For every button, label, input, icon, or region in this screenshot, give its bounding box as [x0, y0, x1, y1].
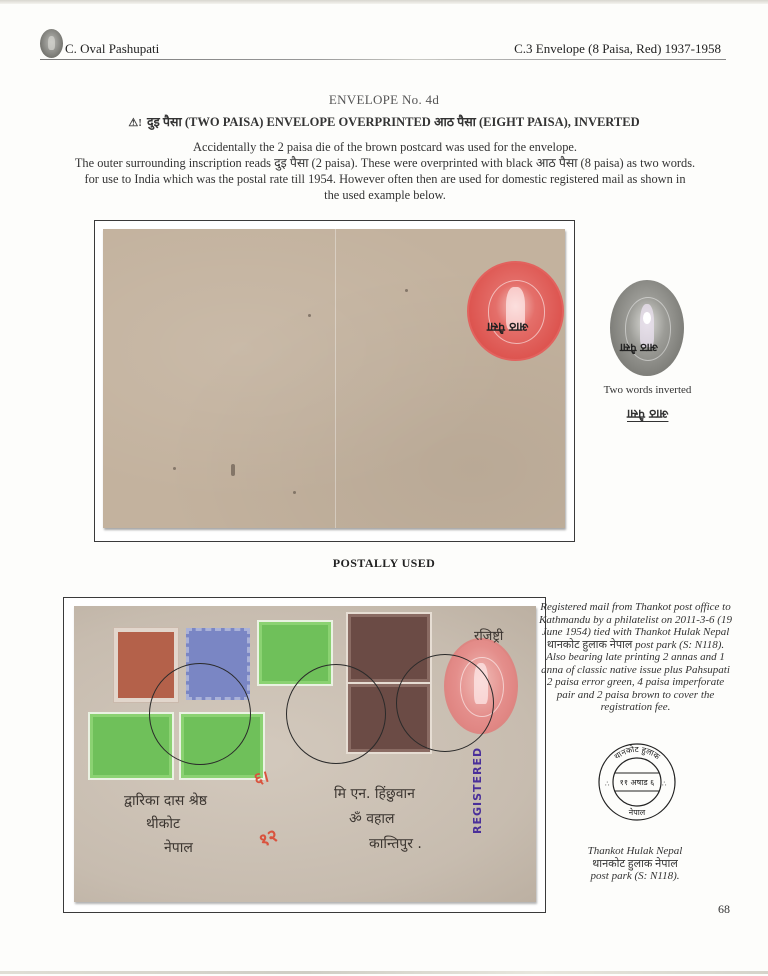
postmark-top-text: थानकोट हुलाक	[613, 744, 663, 762]
inverted-overprint: आठ पैसा	[620, 340, 658, 355]
recipient-line: मि एन. हिंछुवान	[334, 784, 415, 803]
sender-line: थीकोट	[146, 814, 180, 833]
section-label: POSTALLY USED	[0, 556, 768, 571]
postmark-caption: Thankot Hulak Nepal थानकोट हुलाक नेपाल p…	[560, 845, 710, 883]
red-mark: ६।	[251, 765, 271, 790]
description-line: The outer surrounding inscription reads …	[40, 155, 730, 171]
postmark-date: ११ अषाड ६	[620, 778, 655, 787]
recipient-line: कान्तिपुर .	[369, 834, 422, 853]
unused-envelope-frame: आठ पैसा	[94, 220, 575, 542]
inverted-overprint-detail-stamp: आठ पैसा	[610, 280, 684, 376]
stamp-hole	[643, 312, 651, 324]
pashupati-stamp-imprint: आठ पैसा	[467, 261, 564, 361]
fold-line	[335, 229, 336, 528]
description-line: for use to India which was the postal ra…	[40, 171, 730, 187]
description: Accidentally the 2 paisa die of the brow…	[40, 139, 730, 203]
section-title: C. Oval Pashupati	[65, 41, 159, 57]
registered-handstamp: REGISTERED	[471, 754, 485, 834]
sender-line: नेपाल	[164, 838, 193, 857]
pashupati-logo-icon	[40, 29, 63, 58]
registration-handwriting: रजिष्ट्री	[474, 626, 503, 644]
used-envelope-frame: रजिष्ट्री REGISTERED ६। १२ द्वारिका दास …	[63, 597, 546, 913]
unused-envelope-image: आठ पैसा	[103, 229, 565, 528]
caption-devanagari: थानकोट हुलाक नेपाल	[547, 639, 633, 651]
title-block: ENVELOPE No. 4d ⚠! दुइ पैसा (TWO PAISA) …	[0, 92, 768, 130]
postmark-cancel	[396, 654, 494, 752]
side-caption: Two words inverted	[590, 384, 705, 396]
sender-line: द्वारिका दास श्रेष्ठ	[124, 791, 207, 810]
used-envelope-image: रजिष्ट्री REGISTERED ६। १२ द्वारिका दास …	[74, 606, 536, 902]
header-divider	[40, 59, 726, 60]
bottom-rule	[0, 971, 768, 974]
postmark-dots-right: ∴	[662, 780, 667, 788]
postmark-caption-line: थानकोट हुलाक नेपाल	[560, 858, 710, 871]
page-header: C. Oval Pashupati C.3 Envelope (8 Paisa,…	[40, 29, 726, 59]
postmark-dots-left: ∴	[605, 780, 610, 788]
caption-text: post park (S: N118).	[632, 639, 724, 651]
warning-icon: ⚠!	[128, 116, 142, 129]
postmark-drawing: थानकोट हुलाक ११ अषाड ६ नेपाल ∴ ∴	[597, 742, 677, 822]
inverted-overprint: आठ पैसा	[487, 319, 528, 336]
description-line: the used example below.	[40, 187, 730, 203]
envelope-subtitle: ⚠! दुइ पैसा (TWO PAISA) ENVELOPE OVERPRI…	[0, 113, 768, 130]
caption-paragraph: Also bearing late printing 2 annas and 1…	[538, 651, 733, 714]
paper-speck	[308, 314, 311, 317]
paper-speck	[231, 464, 235, 476]
svg-text:थानकोट हुलाक: थानकोट हुलाक	[613, 744, 663, 762]
recipient-line: ॐ वहाल	[349, 809, 395, 828]
top-rule	[0, 0, 768, 4]
paper-speck	[405, 289, 408, 292]
caption-paragraph: Registered mail from Thankot post office…	[538, 601, 733, 651]
postmark-caption-line: Thankot Hulak Nepal	[560, 845, 710, 858]
subtitle-text: दुइ पैसा (TWO PAISA) ENVELOPE OVERPRINTE…	[147, 115, 640, 129]
postmark-bottom-text: नेपाल	[629, 807, 646, 817]
paper-speck	[173, 467, 176, 470]
red-mark: १२	[255, 823, 282, 853]
caption-text: Registered mail from Thankot post office…	[539, 601, 732, 638]
envelope-number: ENVELOPE No. 4d	[0, 92, 768, 108]
inverted-text-sample: आठ पैसा	[590, 404, 705, 423]
postmark-caption-line: post park (S: N118).	[560, 870, 710, 883]
postmark-cancel	[286, 664, 386, 764]
chapter-title: C.3 Envelope (8 Paisa, Red) 1937-1958	[514, 41, 721, 57]
used-envelope-caption: Registered mail from Thankot post office…	[538, 601, 733, 714]
description-line: Accidentally the 2 paisa die of the brow…	[40, 139, 730, 155]
inverted-text: आठ पैसा	[627, 406, 668, 423]
postmark-cancel	[149, 663, 251, 765]
paper-speck	[293, 491, 296, 494]
page-number: 68	[718, 902, 730, 917]
